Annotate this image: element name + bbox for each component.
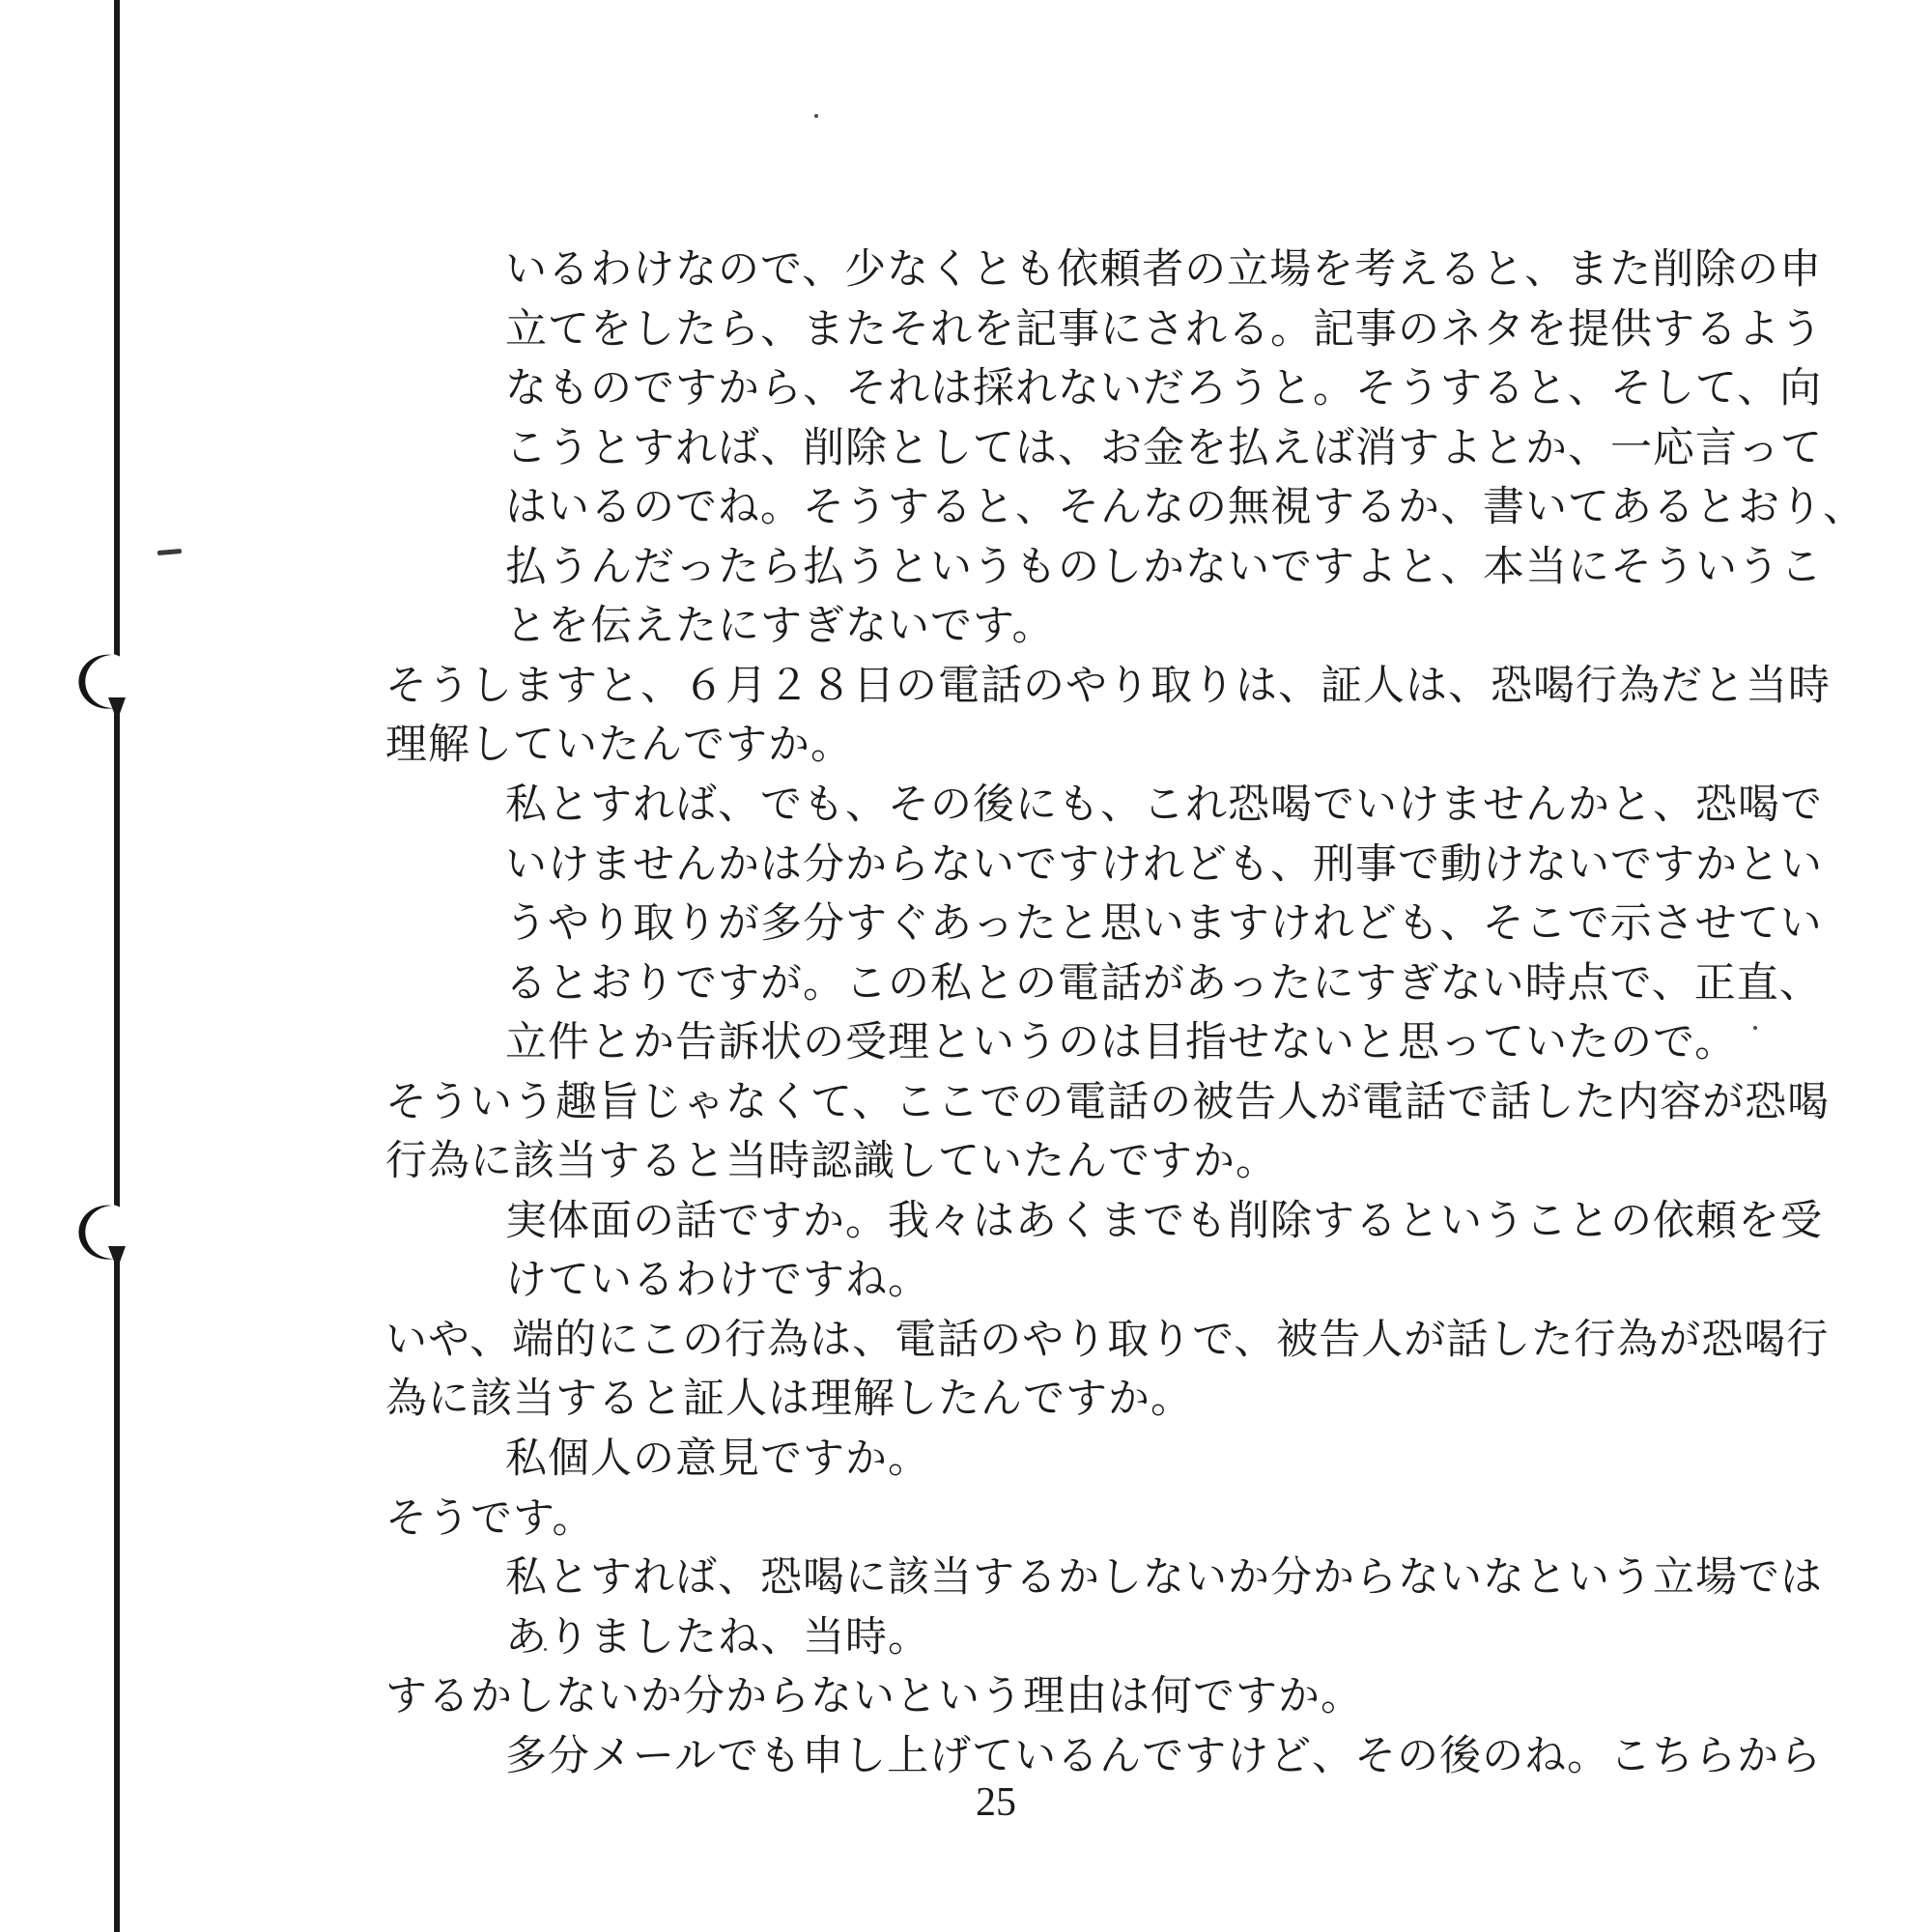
transcript-line: けているわけですね。 <box>505 1260 930 1301</box>
scan-artifact <box>1753 1026 1757 1030</box>
transcript-line: 実体面の話ですか。我々はあくまでも削除するということの依頼を受 <box>505 1201 1823 1242</box>
transcript-line: 為に該当すると証人は理解したんですか。 <box>385 1378 1193 1420</box>
scan-artifact <box>814 114 818 118</box>
transcript-line: いけませんかは分からないですけれども、刑事で動けないですかとい <box>505 844 1823 886</box>
scan-artifact <box>544 1648 547 1651</box>
document-page: いるわけなので、少なくとも依頼者の立場を考えると、また削除の申立てをしたら、また… <box>0 0 1932 1932</box>
transcript-line: 立件とか告訴状の受理というのは目指せないと思っていたので。 <box>505 1022 1737 1064</box>
transcript-line: 私個人の意見ですか。 <box>505 1438 930 1480</box>
transcript-line: はいるのでね。そうすると、そんなの無視するか、書いてあるとおり、 <box>505 487 1865 528</box>
transcript-line: 私とすれば、でも、その後にも、これ恐喝でいけませんかと、恐喝で <box>505 784 1823 826</box>
transcript-line: 行為に該当すると当時認識していたんですか。 <box>385 1141 1278 1182</box>
transcript-line: うやり取りが多分すぐあったと思いますけれども、そこで示させてい <box>505 903 1823 945</box>
transcript-line: そうです。 <box>385 1498 595 1540</box>
transcript-line: 私とすれば、恐喝に該当するかしないか分からないなという立場では <box>505 1557 1823 1599</box>
transcript-line: 理解していたんですか。 <box>385 724 853 766</box>
transcript-line: なものですから、それは採れないだろうと。そうすると、そして、向 <box>505 368 1822 410</box>
transcript-line: 多分メールでも申し上げているんですけど、その後のね。こちらから <box>505 1736 1822 1777</box>
transcript-line: るとおりですが。この私との電話があったにすぎない時点で、正直、 <box>505 963 1822 1005</box>
transcript-line: いや、端的にこの行為は、電話のやり取りで、被告人が話した行為が恐喝行 <box>385 1320 1829 1361</box>
transcript-line: そうしますと、６月２８日の電話のやり取りは、証人は、恐喝行為だと当時 <box>385 666 1831 707</box>
transcript-line: 払うんだったら払うというものしかないですよと、本当にそういうこ <box>505 547 1823 588</box>
transcript-line: ありましたね、当時。 <box>505 1617 930 1659</box>
transcript-line: 立てをしたら、またそれを記事にされる。記事のネタを提供するよう <box>505 309 1823 351</box>
transcript-line: そういう趣旨じゃなくて、ここでの電話の被告人が電話で話した内容が恐喝 <box>385 1082 1830 1123</box>
transcript-line: いるわけなので、少なくとも依頼者の立場を考えると、また削除の申 <box>505 249 1822 291</box>
transcript-text: いるわけなので、少なくとも依頼者の立場を考えると、また削除の申立てをしたら、また… <box>0 0 1932 1932</box>
transcript-line: するかしないか分からないという理由は何ですか。 <box>385 1676 1363 1718</box>
transcript-line: こうとすれば、削除としては、お金を払えば消すよとか、一応言って <box>505 428 1823 469</box>
transcript-line: とを伝えたにすぎないです。 <box>505 606 1055 647</box>
page-number: 25 <box>976 1779 1016 1826</box>
